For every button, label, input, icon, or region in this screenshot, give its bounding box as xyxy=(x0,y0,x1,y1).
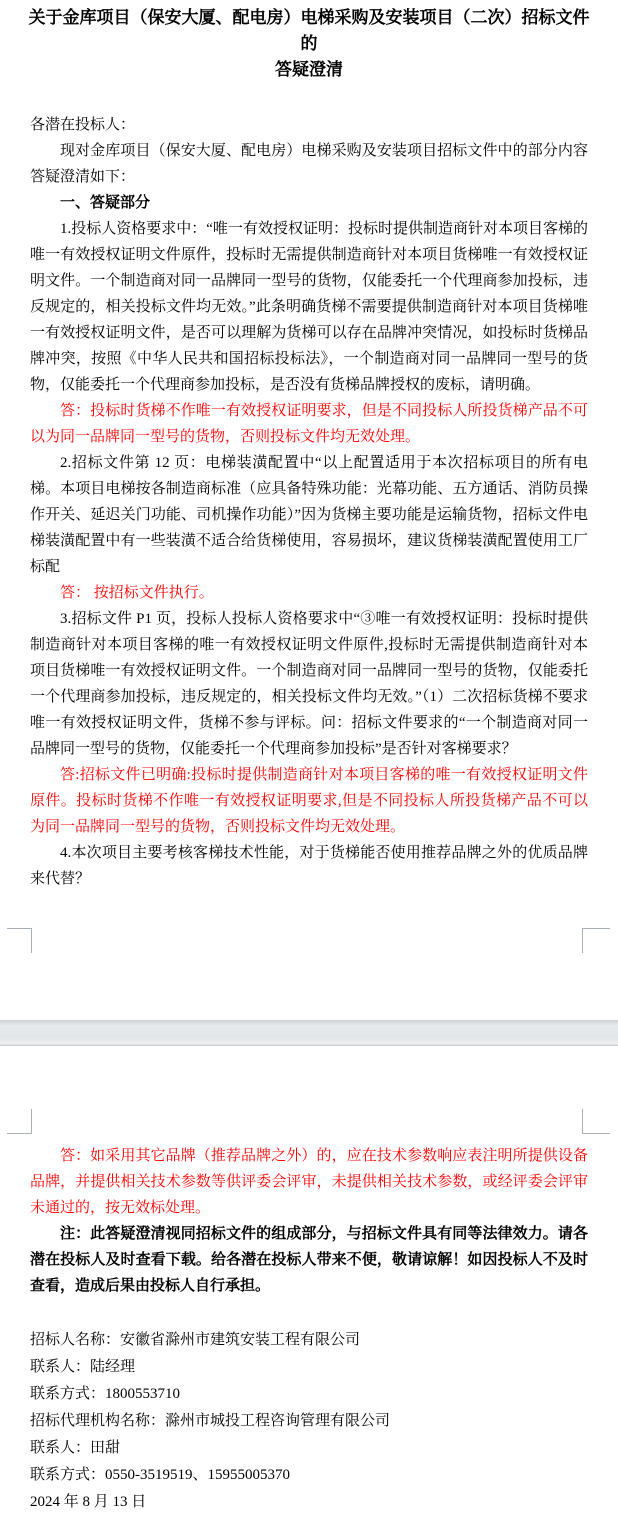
question-4: 4.本次项目主要考核客梯技术性能，对于货梯能否使用推荐品牌之外的优质品牌来代替？ xyxy=(30,840,588,892)
page1-bottom-right-margin-mark xyxy=(582,928,610,953)
answer-1: 答：投标时货梯不作唯一有效授权证明要求，但是不同投标人所投货梯产品不可以为同一品… xyxy=(30,398,588,450)
answer-3: 答:招标文件已明确:投标时提供制造商针对本项目客梯的唯一有效授权证明文件原件。投… xyxy=(30,762,588,840)
document-title-line-2: 答疑澄清 xyxy=(28,57,590,83)
page-1: 关于金库项目（保安大厦、配电房）电梯采购及安装项目（二次）招标文件的 答疑澄清 … xyxy=(0,0,618,1020)
question-2: 2.招标文件第 12 页：电梯装潢配置中“以上配置适用于本次招标项目的所有电梯。… xyxy=(30,450,588,580)
page-separator xyxy=(0,1020,618,1046)
page1-bottom-left-margin-mark xyxy=(7,928,32,953)
document-title: 关于金库项目（保安大厦、配电房）电梯采购及安装项目（二次）招标文件的 答疑澄清 xyxy=(28,5,590,83)
date-line: 2024 年 8 月 13 日 xyxy=(30,1489,588,1516)
section-heading: 一、答疑部分 xyxy=(30,190,588,216)
page2-top-right-margin-mark xyxy=(582,1109,610,1134)
bidder-phone-line: 联系方式：1800553710 xyxy=(30,1381,588,1408)
question-3: 3.招标文件 P1 页，投标人投标人资格要求中“③唯一有效授权证明：投标时提供制… xyxy=(30,606,588,762)
page2-top-left-margin-mark xyxy=(7,1109,32,1134)
document-title-line-1: 关于金库项目（保安大厦、配电房）电梯采购及安装项目（二次）招标文件的 xyxy=(28,5,590,57)
note-paragraph: 注：此答疑澄清视同招标文件的组成部分，与招标文件具有同等法律效力。请各潜在投标人… xyxy=(30,1221,588,1299)
page-2: 答：如采用其它品牌（推荐品牌之外）的，应在技术参数响应表注明所提供设备品牌，并提… xyxy=(0,1046,618,1540)
bidder-contact-line: 联系人：陆经理 xyxy=(30,1354,588,1381)
question-1: 1.投标人资格要求中：“唯一有效授权证明：投标时提供制造商针对本项目客梯的唯一有… xyxy=(30,216,588,398)
answer-4: 答：如采用其它品牌（推荐品牌之外）的，应在技术参数响应表注明所提供设备品牌，并提… xyxy=(30,1143,588,1221)
answer-2: 答： 按招标文件执行。 xyxy=(30,580,588,606)
agency-name-line: 招标代理机构名称：滁州市城投工程咨询管理有限公司 xyxy=(30,1408,588,1435)
agency-contact-line: 联系人：田甜 xyxy=(30,1435,588,1462)
bidder-name-line: 招标人名称：安徽省滁州市建筑安装工程有限公司 xyxy=(30,1327,588,1354)
agency-phone-line: 联系方式：0550-3519519、15955005370 xyxy=(30,1462,588,1489)
document-viewer: 关于金库项目（保安大厦、配电房）电梯采购及安装项目（二次）招标文件的 答疑澄清 … xyxy=(0,0,618,1540)
salutation: 各潜在投标人： xyxy=(30,112,588,138)
intro-paragraph: 现对金库项目（保安大厦、配电房）电梯采购及安装项目招标文件中的部分内容答疑澄清如… xyxy=(30,138,588,190)
